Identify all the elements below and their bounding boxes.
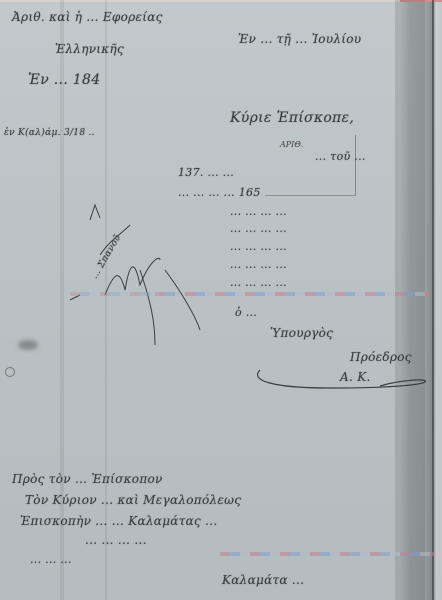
- punch-hole-mark: [5, 367, 15, 377]
- body-line: ... ... ... ... 165: [178, 186, 261, 199]
- footer-line: Πρὸς τὸν ... Ἐπίσκοπον: [12, 472, 163, 486]
- header-left-line1: Ἀριθ. καὶ ἡ ... Εφορείας: [12, 10, 163, 24]
- closing-line: ὁ ...: [235, 306, 257, 319]
- body-line: ... ... ... ...: [230, 205, 287, 218]
- footer-line: Τὸν Κύριον ... καὶ Μεγαλοπόλεως: [25, 493, 241, 507]
- body-line: ... τοῦ ...: [315, 150, 366, 163]
- footer-line: ... ... ...: [30, 553, 72, 566]
- colored-pencil-mark: [70, 292, 160, 296]
- document-page: Ἀριθ. καὶ ἡ ... Εφορείας Ἑλληνικῆς Ἐν ..…: [0, 0, 442, 600]
- footer-line: ... ... ... ...: [85, 533, 147, 547]
- body-line: 137. ... ...: [178, 166, 234, 179]
- edge-shadow: [395, 0, 425, 600]
- header-left-line2: Ἑλληνικῆς: [55, 42, 124, 56]
- stamp-text: ΑΡΙΘ.: [280, 140, 303, 149]
- header-left-line3: Ἐν ... 184: [28, 72, 100, 88]
- signature-flourish: [250, 360, 440, 400]
- body-line: ... ... ... ...: [230, 222, 287, 235]
- page-right-edge: [432, 0, 434, 600]
- closing-line: Ὑπουργὸς: [270, 326, 333, 340]
- ink-blot: [18, 340, 38, 350]
- body-line: ... ... ... ...: [230, 276, 287, 289]
- footer-line: Καλαμάτα ...: [222, 573, 304, 587]
- stamp-box: [265, 135, 356, 196]
- margin-note: ἐν Κ(αλ)άμ. 3/18 ..: [4, 128, 95, 138]
- marginal-signature: [60, 200, 210, 350]
- page-top-edge: [0, 0, 442, 2]
- body-line: ... ... ... ...: [230, 258, 287, 271]
- salutation: Κύριε Ἐπίσκοπε,: [230, 110, 354, 126]
- body-line: ... ... ... ...: [230, 240, 287, 253]
- footer-line: Ἐπισκοπὴν ... ... Καλαμάτας ...: [20, 514, 218, 528]
- colored-pencil-mark: [220, 552, 435, 556]
- header-right-date: Ἐν ... τῇ ... Ἰουλίου: [238, 32, 361, 46]
